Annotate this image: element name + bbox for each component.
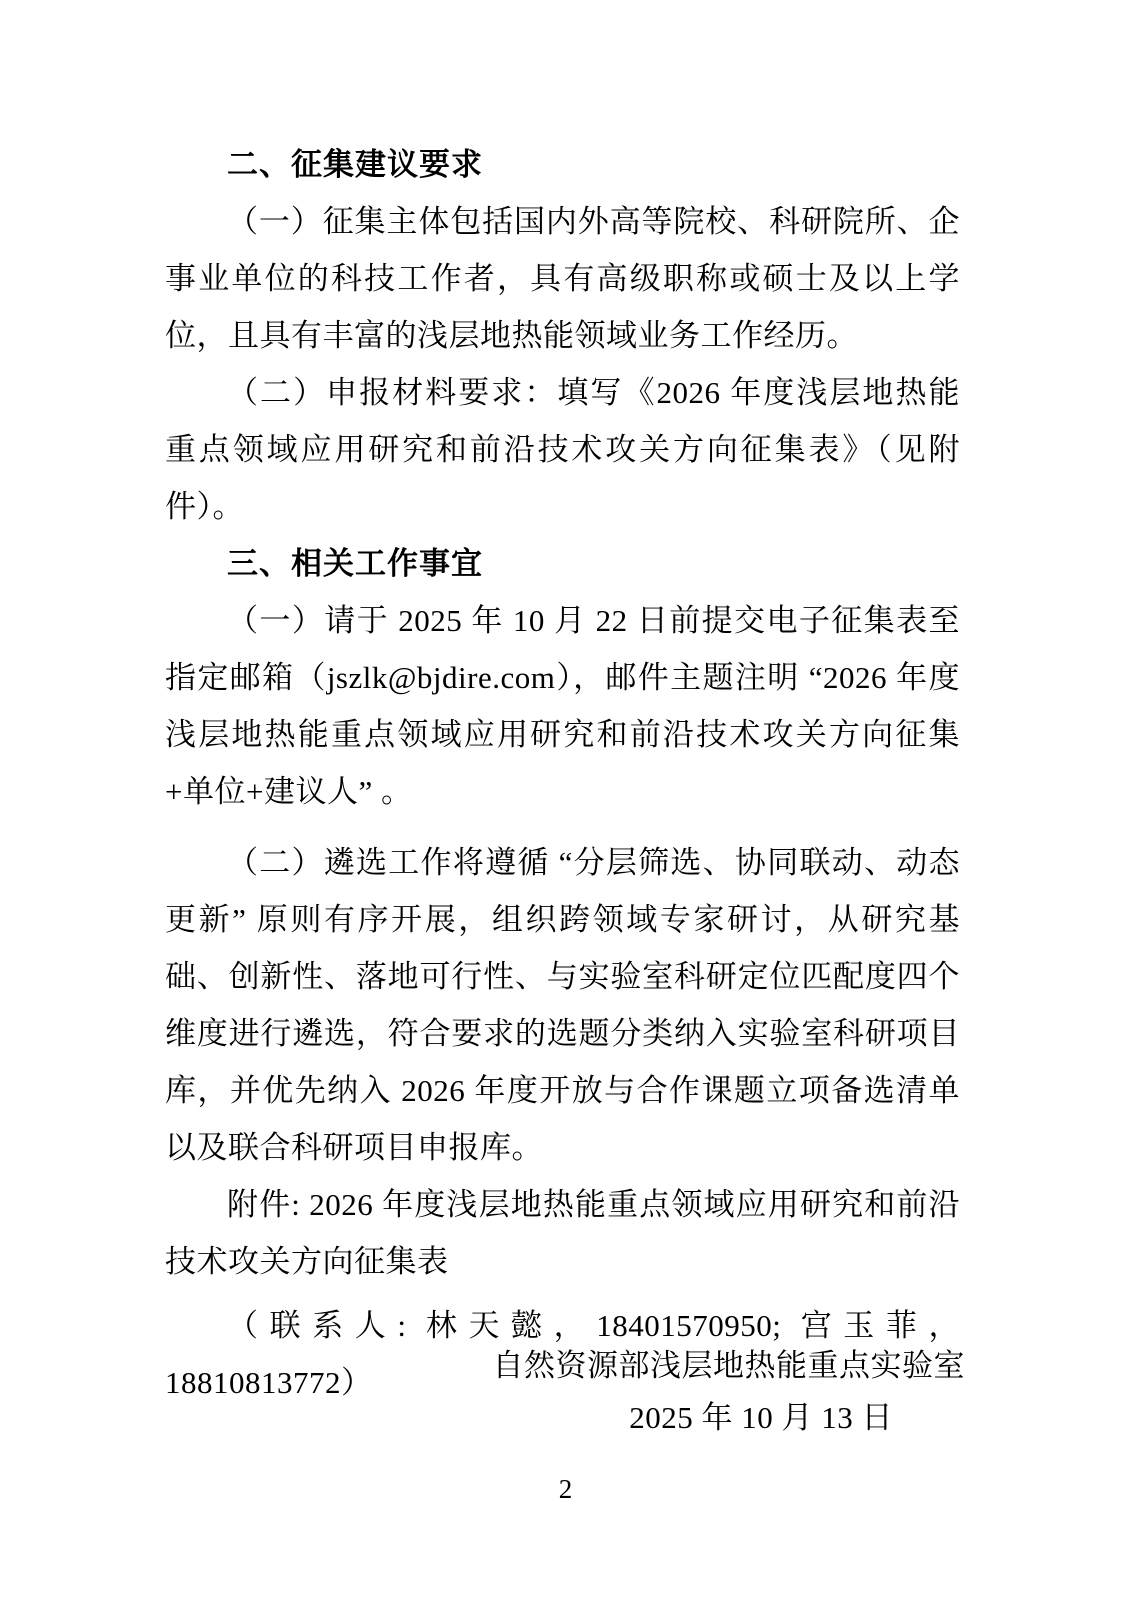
signature-date: 2025 年 10 月 13 日 [493, 1392, 966, 1444]
paragraph-application-materials: （二）申报材料要求：填写《2026 年度浅层地热能重点领域应用研究和前沿技术攻关… [165, 364, 960, 535]
paragraph-attachment-reference: 附件: 2026 年度浅层地热能重点领域应用研究和前沿技术攻关方向征集表 [165, 1176, 960, 1290]
signature-block: 自然资源部浅层地热能重点实验室 2025 年 10 月 13 日 [493, 1340, 966, 1444]
document-body: 二、征集建议要求 （一）征集主体包括国内外高等院校、科研院所、企事业单位的科技工… [165, 136, 960, 1411]
paragraph-selection-process: （二）遴选工作将遵循 “分层筛选、协同联动、动态更新” 原则有序开展，组织跨领域… [165, 834, 960, 1176]
paragraph-collection-subjects: （一）征集主体包括国内外高等院校、科研院所、企事业单位的科技工作者，具有高级职称… [165, 193, 960, 364]
signature-organization: 自然资源部浅层地热能重点实验室 [493, 1340, 966, 1392]
page-number: 2 [0, 1474, 1131, 1505]
section-heading-related-work: 三、相关工作事宜 [165, 535, 960, 592]
document-page: 二、征集建议要求 （一）征集主体包括国内外高等院校、科研院所、企事业单位的科技工… [0, 0, 1131, 1600]
paragraph-submission-deadline-email: （一）请于 2025 年 10 月 22 日前提交电子征集表至指定邮箱（jszl… [165, 592, 960, 820]
section-heading-collection-requirements: 二、征集建议要求 [165, 136, 960, 193]
